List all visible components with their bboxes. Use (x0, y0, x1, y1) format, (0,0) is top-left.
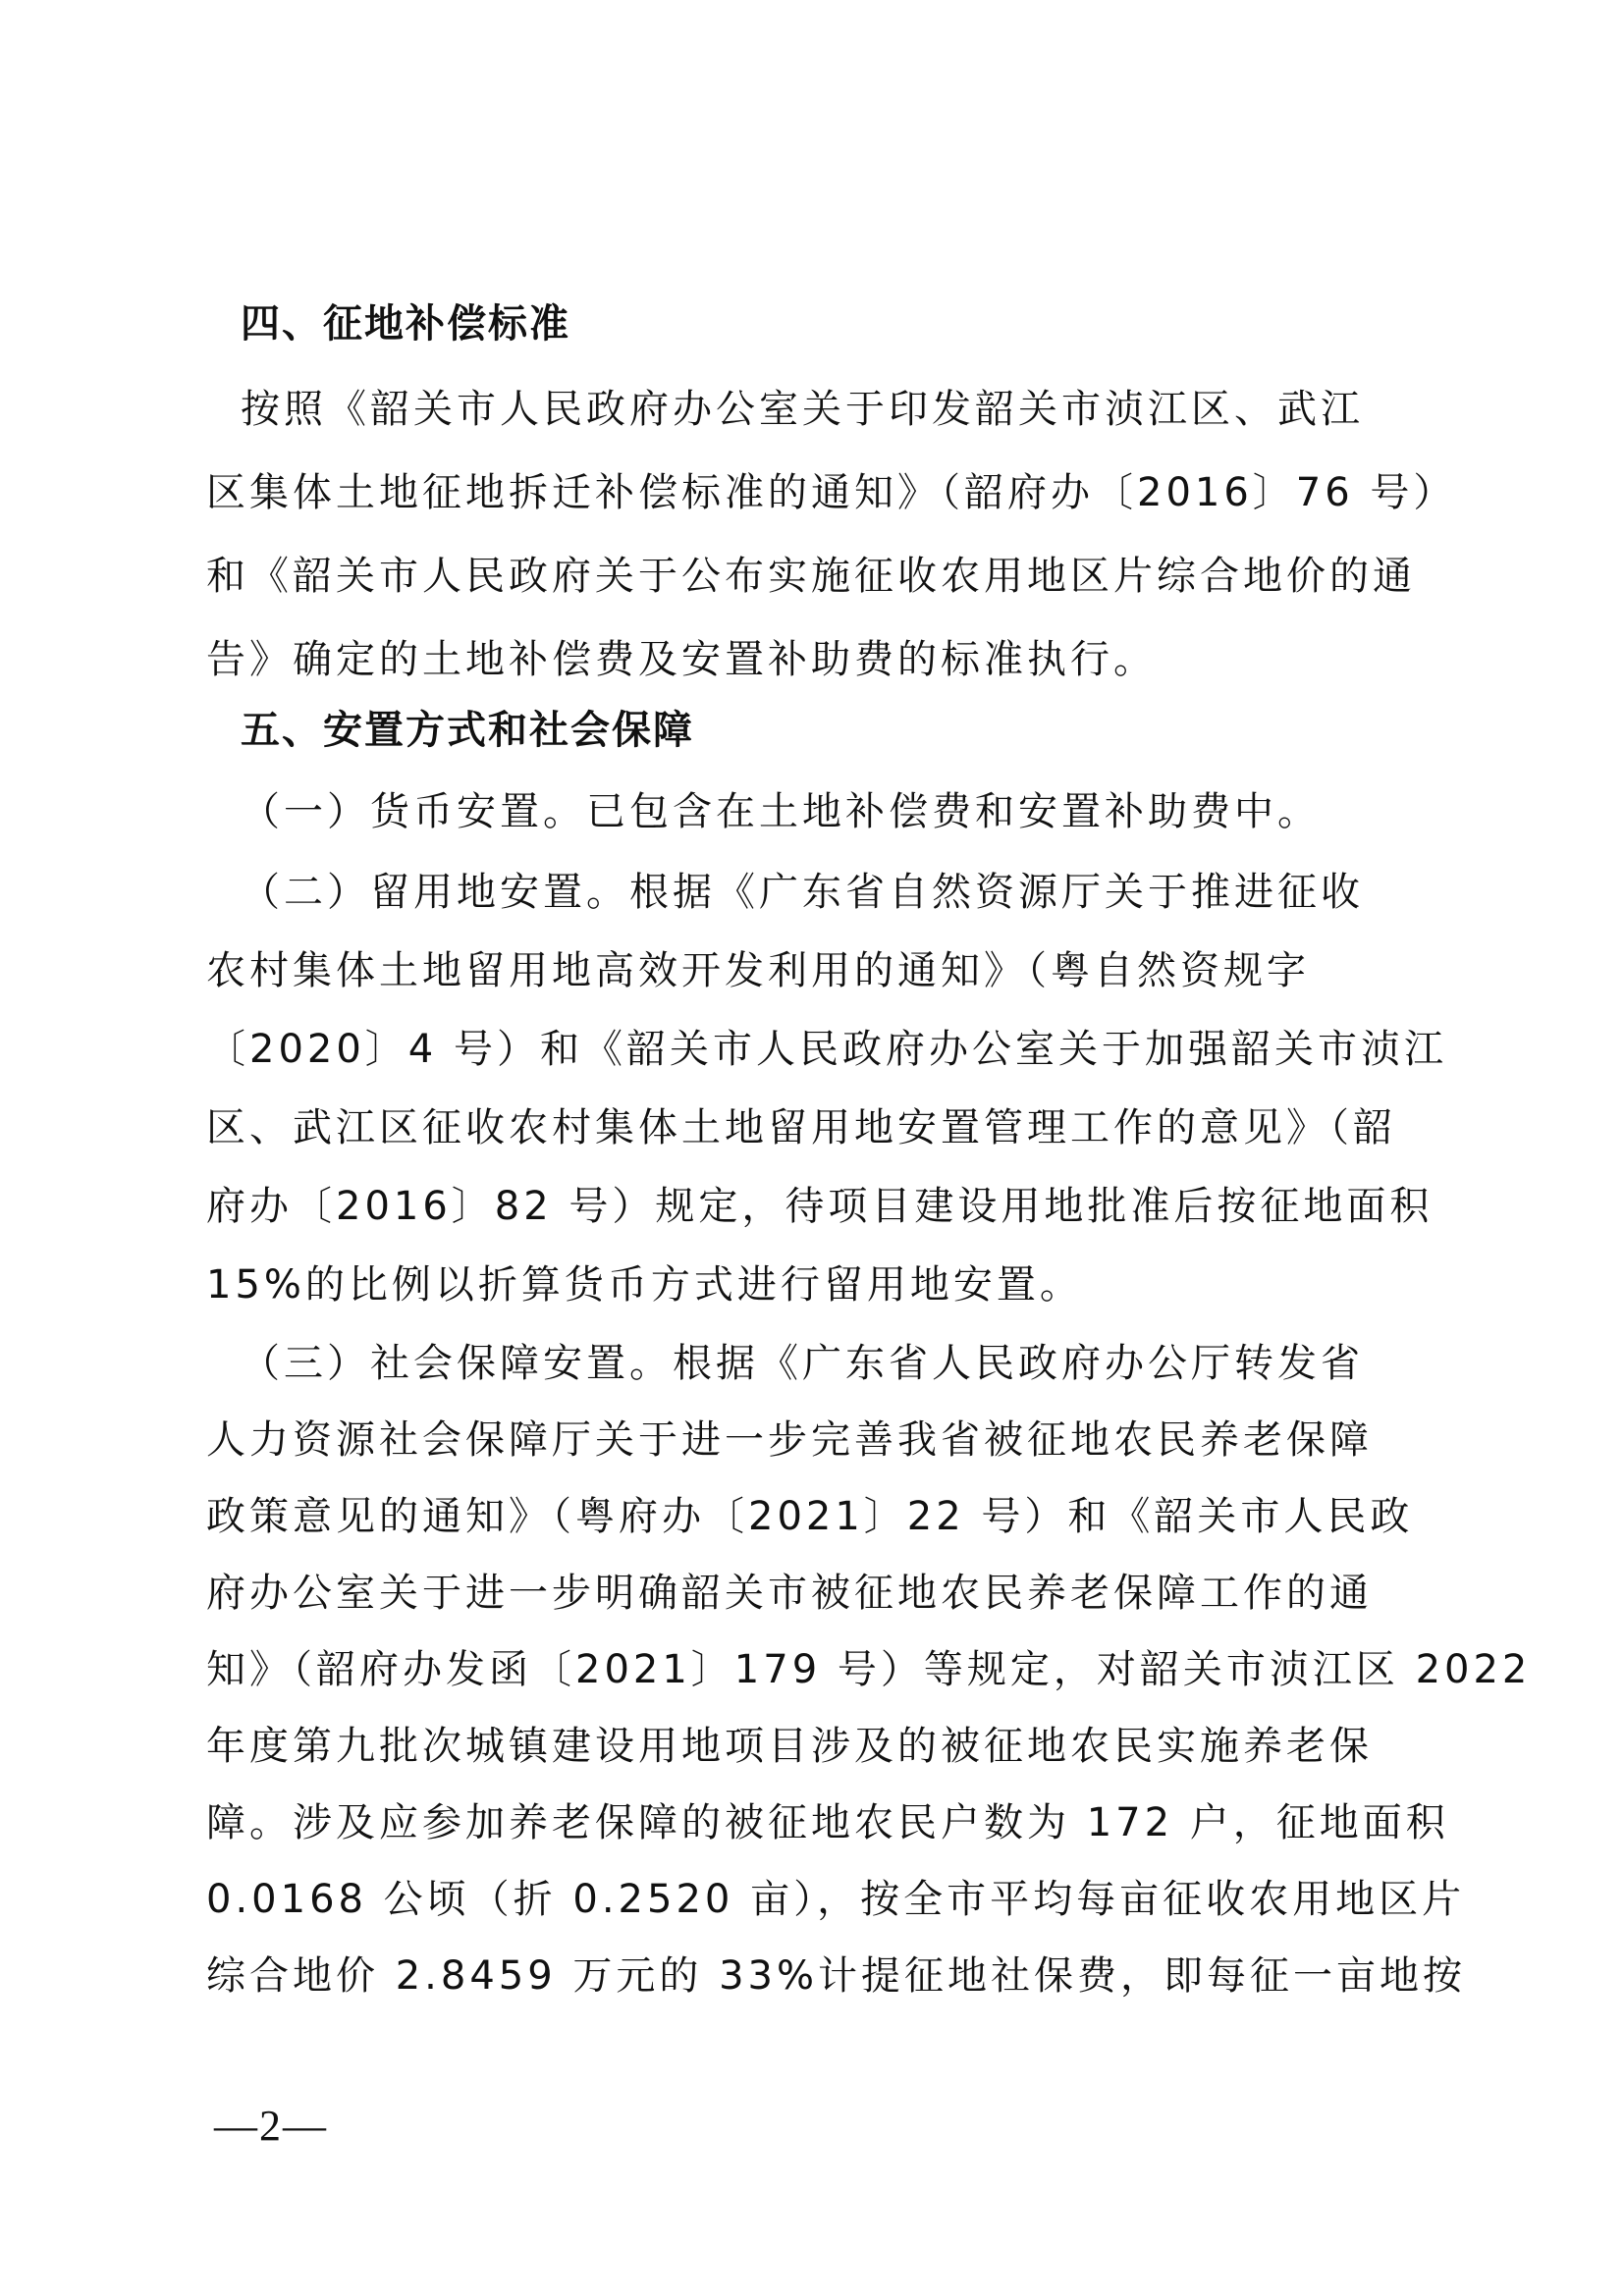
paragraph-line: 政策意见的通知》（粤府办〔2021〕22 号）和《韶关市人民政 (206, 1493, 1424, 1540)
paragraph-line: 人力资源社会保障厅关于进一步完善我省被征地农民养老保障 (206, 1416, 1424, 1464)
paragraph-line: 知》（韶府办发函〔2021〕179 号）等规定，对韶关市浈江区 2022 (206, 1646, 1424, 1693)
paragraph-line: 府办公室关于进一步明确韶关市被征地农民养老保障工作的通 (206, 1570, 1424, 1617)
paragraph-line: 障。涉及应参加养老保障的被征地农民户数为 172 户，征地面积 (206, 1799, 1424, 1846)
paragraph-line: 告》确定的土地补偿费及安置补助费的标准执行。 (206, 636, 1424, 683)
paragraph-line: 按照《韶关市人民政府办公室关于印发韶关市浈江区、武江 (241, 386, 1458, 433)
document-page: 四、征地补偿标准 按照《韶关市人民政府办公室关于印发韶关市浈江区、武江 区集体土… (0, 0, 1624, 2296)
paragraph-line: 府办〔2016〕82 号）规定，待项目建设用地批准后按征地面积 (206, 1183, 1424, 1230)
paragraph-line: （二）留用地安置。根据《广东省自然资源厅关于推进征收 (241, 869, 1458, 916)
paragraph-line: 年度第九批次城镇建设用地项目涉及的被征地农民实施养老保 (206, 1723, 1424, 1770)
section-heading-compensation-standard: 四、征地补偿标准 (241, 300, 1458, 347)
paragraph-line: 15%的比例以折算货币方式进行留用地安置。 (206, 1261, 1424, 1308)
paragraph-line: 〔2020〕4 号）和《韶关市人民政府办公室关于加强韶关市浈江 (206, 1026, 1424, 1073)
paragraph-line: （一）货币安置。已包含在土地补偿费和安置补助费中。 (241, 788, 1458, 835)
paragraph-line: 区集体土地征地拆迁补偿标准的通知》（韶府办〔2016〕76 号） (206, 469, 1424, 516)
paragraph-line: 和《韶关市人民政府关于公布实施征收农用地区片综合地价的通 (206, 553, 1424, 600)
paragraph-line: 综合地价 2.8459 万元的 33%计提征地社保费，即每征一亩地按 (206, 1952, 1424, 2000)
paragraph-line: 区、武江区征收农村集体土地留用地安置管理工作的意见》（韶 (206, 1104, 1424, 1151)
section-heading-resettlement: 五、安置方式和社会保障 (241, 707, 1458, 754)
paragraph-line: （三）社会保障安置。根据《广东省人民政府办公厅转发省 (241, 1340, 1458, 1387)
paragraph-line: 0.0168 公顷（折 0.2520 亩），按全市平均每亩征收农用地区片 (206, 1876, 1424, 1923)
paragraph-line: 农村集体土地留用地高效开发利用的通知》（粤自然资规字 (206, 947, 1424, 994)
page-number: —2— (214, 2103, 328, 2150)
